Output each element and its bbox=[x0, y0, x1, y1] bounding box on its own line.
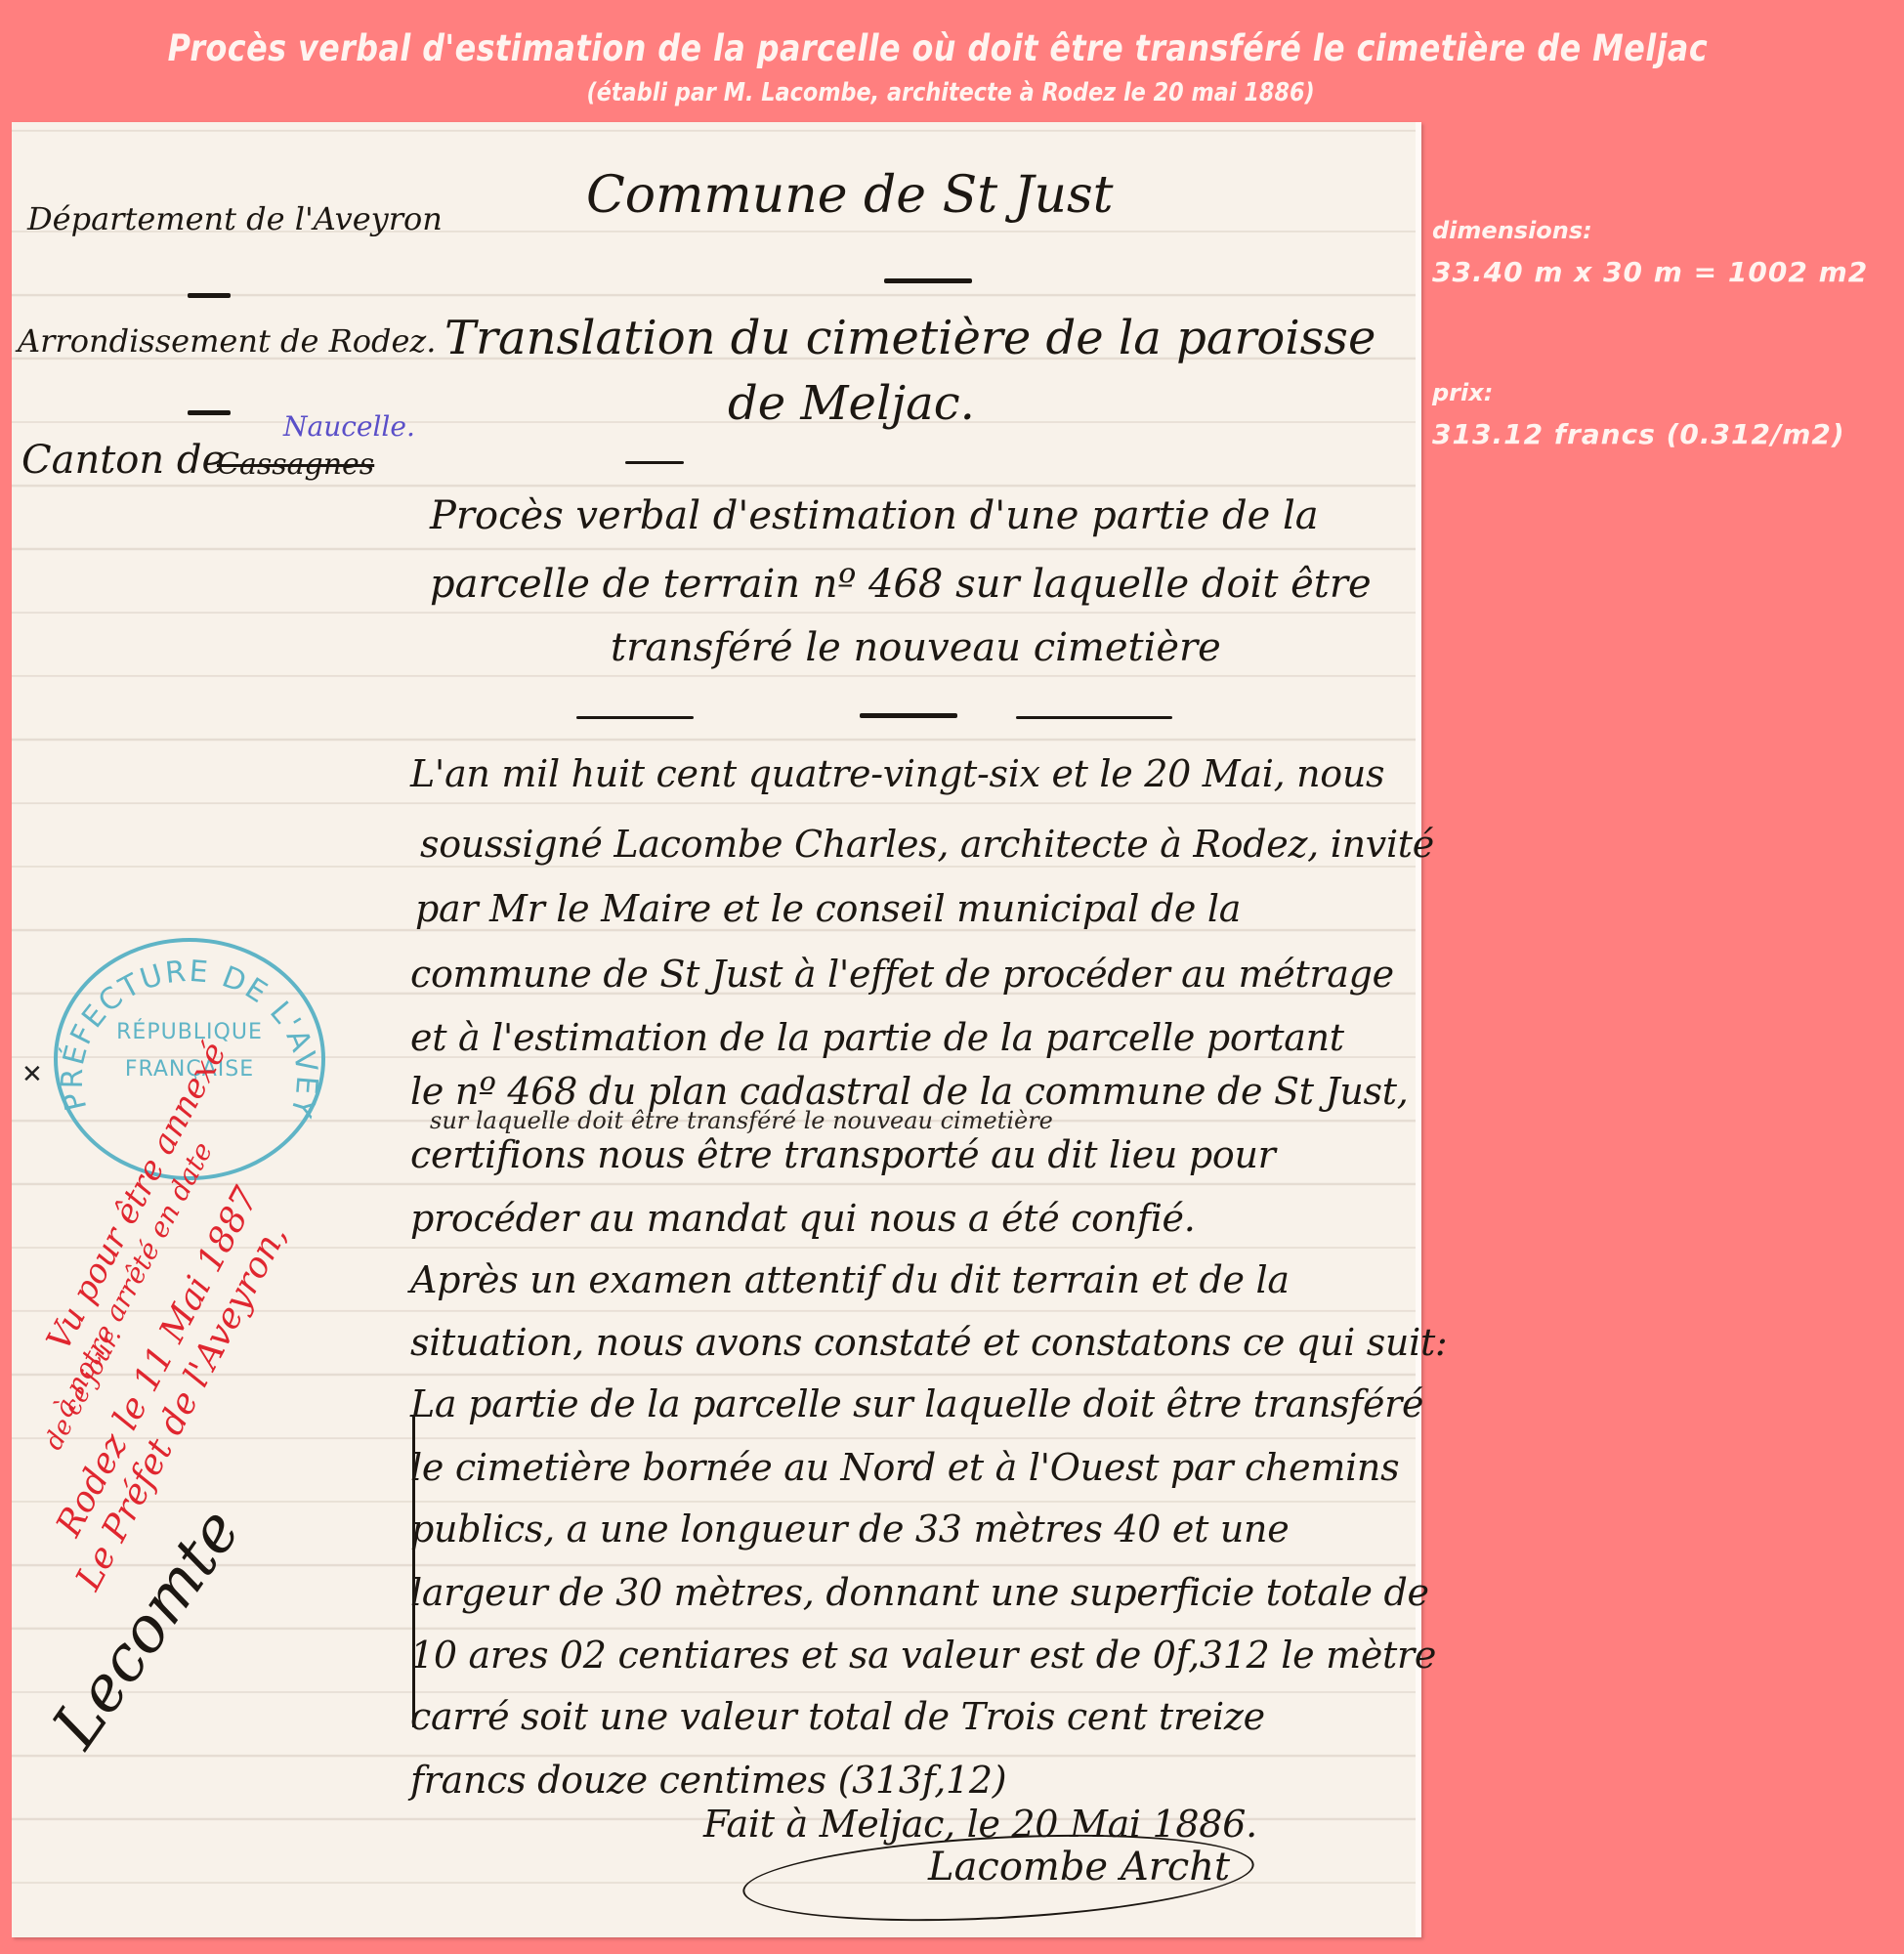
dimensions-value: 33.40 m x 30 m = 1002 m2 bbox=[1432, 256, 1868, 288]
body-line: par Mr le Maire et le conseil municipal … bbox=[415, 887, 1241, 930]
pv-title-2: parcelle de terrain nº 468 sur laquelle … bbox=[430, 562, 1372, 607]
divider bbox=[188, 293, 231, 298]
page-subtitle: (établi par M. Lacombe, architecte à Rod… bbox=[132, 78, 1769, 107]
divider bbox=[576, 716, 694, 719]
body-line: Après un examen attentif du dit terrain … bbox=[410, 1258, 1290, 1301]
stamp-inner-1: RÉPUBLIQUE bbox=[58, 1020, 321, 1044]
insertion-line: sur laquelle doit être transféré le nouv… bbox=[430, 1107, 1053, 1134]
canton-correction: Naucelle. bbox=[283, 410, 415, 443]
body-line: soussigné Lacombe Charles, architecte à … bbox=[420, 823, 1434, 866]
body-line: procéder au mandat qui nous a été confié… bbox=[410, 1197, 1196, 1240]
divider bbox=[625, 461, 684, 464]
body-line: 10 ares 02 centiares et sa valeur est de… bbox=[410, 1634, 1436, 1677]
body-line: carré soit une valeur total de Trois cen… bbox=[410, 1695, 1265, 1738]
divider bbox=[884, 278, 972, 283]
body-line: publics, a une longueur de 33 mètres 40 … bbox=[410, 1508, 1289, 1550]
arrondissement-label: Arrondissement de Rodez. bbox=[18, 322, 436, 360]
margin-bracket bbox=[412, 1415, 425, 1727]
body-line: La partie de la parcelle sur laquelle do… bbox=[410, 1382, 1423, 1425]
canton-label: Canton de bbox=[21, 438, 225, 483]
pv-title-1: Procès verbal d'estimation d'une partie … bbox=[430, 493, 1319, 538]
commune-heading: Commune de St Just bbox=[586, 166, 1114, 225]
body-line: le cimetière bornée au Nord et à l'Ouest… bbox=[410, 1446, 1399, 1489]
body-line: et à l'estimation de la partie de la par… bbox=[410, 1016, 1344, 1059]
price-value: 313.12 francs (0.312/m2) bbox=[1432, 418, 1845, 450]
price-label: prix: bbox=[1432, 379, 1493, 406]
department-label: Département de l'Aveyron bbox=[27, 200, 443, 237]
body-line: largeur de 30 mètres, donnant une superf… bbox=[410, 1571, 1429, 1614]
translation-title: Translation du cimetière de la paroisse bbox=[444, 311, 1375, 365]
body-line: commune de St Just à l'effet de procéder… bbox=[410, 953, 1394, 996]
cross-mark-icon: ✕ bbox=[21, 1060, 43, 1089]
divider bbox=[188, 410, 231, 415]
body-line: L'an mil huit cent quatre-vingt-six et l… bbox=[410, 752, 1384, 795]
pv-title-3: transféré le nouveau cimetière bbox=[611, 625, 1221, 670]
body-line: certifions nous être transporté au dit l… bbox=[410, 1133, 1276, 1176]
body-line: situation, nous avons constaté et consta… bbox=[410, 1321, 1447, 1364]
translation-title-2: de Meljac. bbox=[728, 376, 975, 431]
body-line: francs douze centimes (313f,12) bbox=[410, 1759, 1006, 1802]
dimensions-label: dimensions: bbox=[1432, 217, 1592, 244]
architect-signature: Lacombe Archt bbox=[928, 1845, 1230, 1890]
divider bbox=[1016, 716, 1172, 719]
divider bbox=[860, 713, 957, 718]
page-title: Procès verbal d'estimation de la parcell… bbox=[119, 27, 1756, 69]
canton-struck: Cassagnes bbox=[217, 447, 374, 482]
